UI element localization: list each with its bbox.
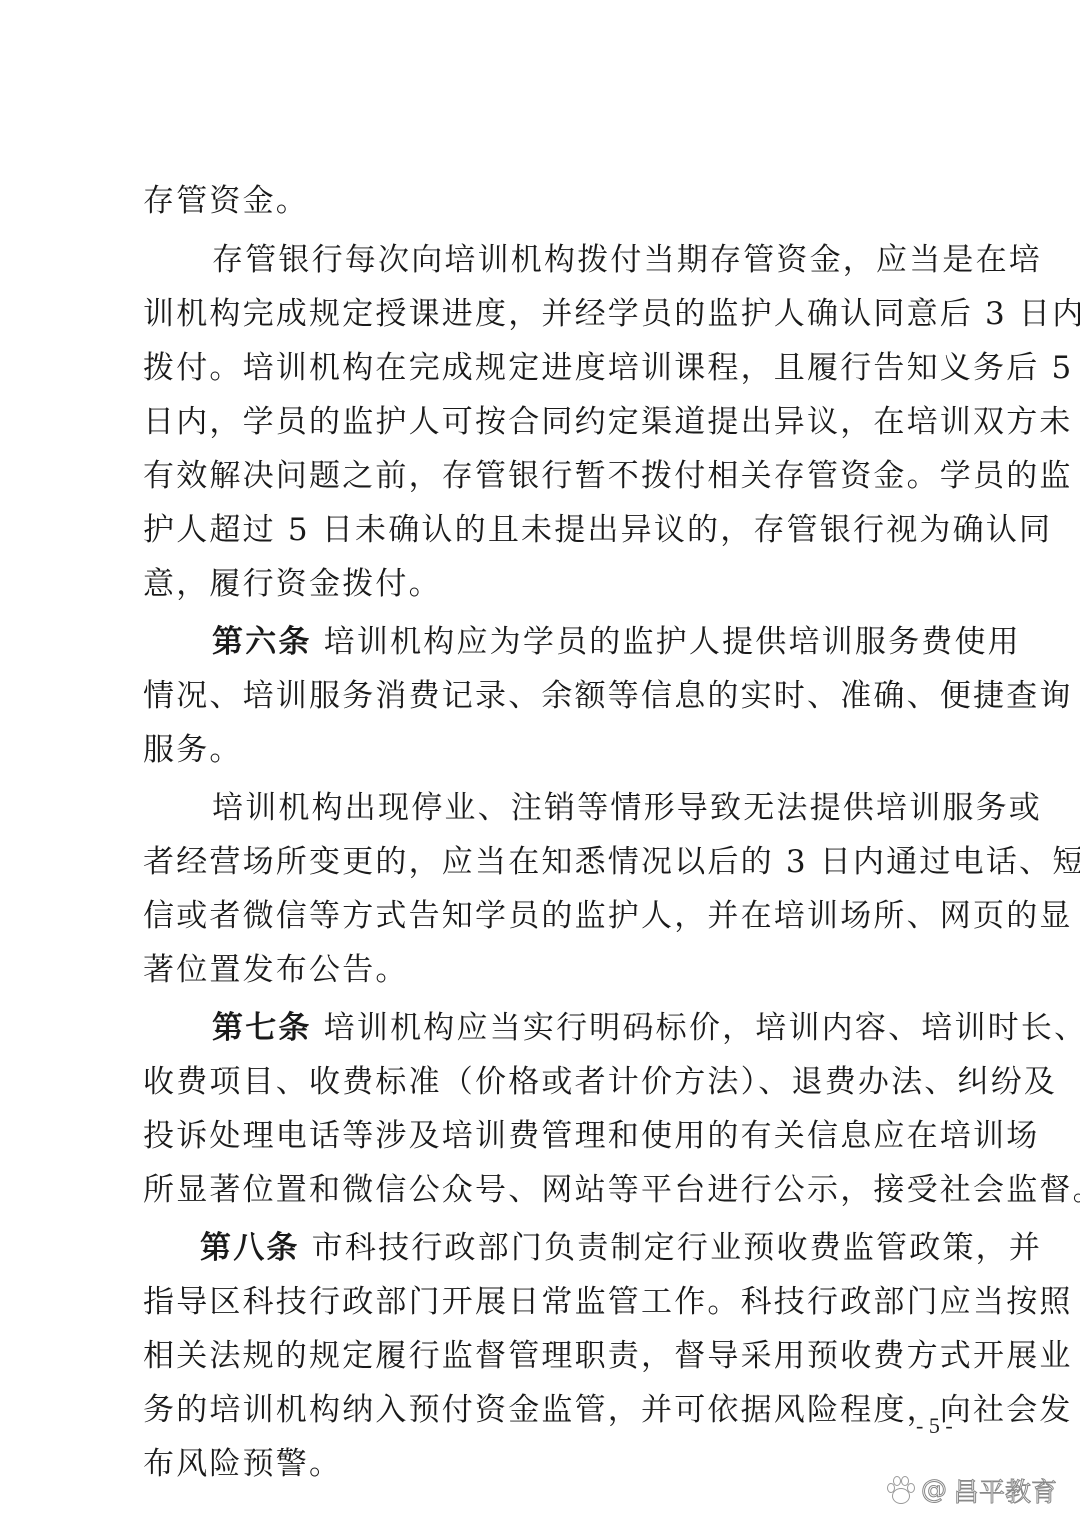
article-6-first-line: 第六条 培训机构应为学员的监护人提供培训服务费使用 xyxy=(212,622,943,662)
text-line: 者经营场所变更的，应当在知悉情况以后的 3 日内通过电话、短 xyxy=(143,842,943,882)
article-8-heading: 第八条 xyxy=(200,1230,300,1266)
text-line: 存管银行每次向培训机构拨付当期存管资金，应当是在培 xyxy=(212,240,943,280)
text-line: 训机构完成规定授课进度，并经学员的监护人确认同意后 3 日内 xyxy=(143,294,943,334)
text-line: 所显著位置和微信公众号、网站等平台进行公示，接受社会监督。 xyxy=(143,1170,943,1210)
text-span: 培训机构应为学员的监护人提供培训服务费使用 xyxy=(324,624,1021,660)
text-line: 拨付。培训机构在完成规定进度培训课程，且履行告知义务后 5 xyxy=(143,348,943,388)
text-line: 意，履行资金拨付。 xyxy=(143,564,943,604)
watermark-name: 昌平教育 xyxy=(953,1472,1057,1509)
text-line: 指导区科技行政部门开展日常监管工作。科技行政部门应当按照 xyxy=(143,1282,943,1322)
text-line: 服务。 xyxy=(143,730,943,770)
text-line: 布风险预警。 xyxy=(143,1444,943,1484)
article-7-heading: 第七条 xyxy=(212,1010,312,1046)
text-line: 相关法规的规定履行监督管理职责，督导采用预收费方式开展业 xyxy=(143,1336,943,1376)
text-line: 信或者微信等方式告知学员的监护人，并在培训场所、网页的显 xyxy=(143,896,943,936)
article-7-first-line: 第七条 培训机构应当实行明码标价，培训内容、培训时长、 xyxy=(212,1008,943,1048)
text-line: 有效解决问题之前，存管银行暂不拨付相关存管资金。学员的监 xyxy=(143,456,943,496)
baidu-paw-icon xyxy=(885,1475,915,1505)
text-span: 培训机构应当实行明码标价，培训内容、培训时长、 xyxy=(324,1010,1080,1046)
watermark: @ 昌平教育 xyxy=(885,1470,1057,1510)
text-line: 投诉处理电话等涉及培训费管理和使用的有关信息应在培训场 xyxy=(143,1116,943,1156)
watermark-at: @ xyxy=(921,1475,947,1505)
document-page: 存管资金。 存管银行每次向培训机构拨付当期存管资金，应当是在培 训机构完成规定授… xyxy=(0,0,1080,1527)
text-line: 存管资金。 xyxy=(143,181,943,221)
article-6-heading: 第六条 xyxy=(212,624,312,660)
page-number: - 5 - xyxy=(916,1413,953,1439)
text-line: 护人超过 5 日未确认的且未提出异议的，存管银行视为确认同 xyxy=(143,510,943,550)
text-line: 务的培训机构纳入预付资金监管，并可依据风险程度，向社会发 xyxy=(143,1390,943,1430)
text-line: 收费项目、收费标准（价格或者计价方法）、退费办法、纠纷及 xyxy=(143,1062,943,1102)
text-line: 日内，学员的监护人可按合同约定渠道提出异议，在培训双方未 xyxy=(143,402,943,442)
text-line: 培训机构出现停业、注销等情形导致无法提供培训服务或 xyxy=(212,788,943,828)
article-8-first-line: 第八条 市科技行政部门负责制定行业预收费监管政策，并 xyxy=(200,1228,931,1268)
text-line: 情况、培训服务消费记录、余额等信息的实时、准确、便捷查询 xyxy=(143,676,943,716)
text-line: 著位置发布公告。 xyxy=(143,950,943,990)
text-span: 市科技行政部门负责制定行业预收费监管政策，并 xyxy=(312,1230,1042,1266)
